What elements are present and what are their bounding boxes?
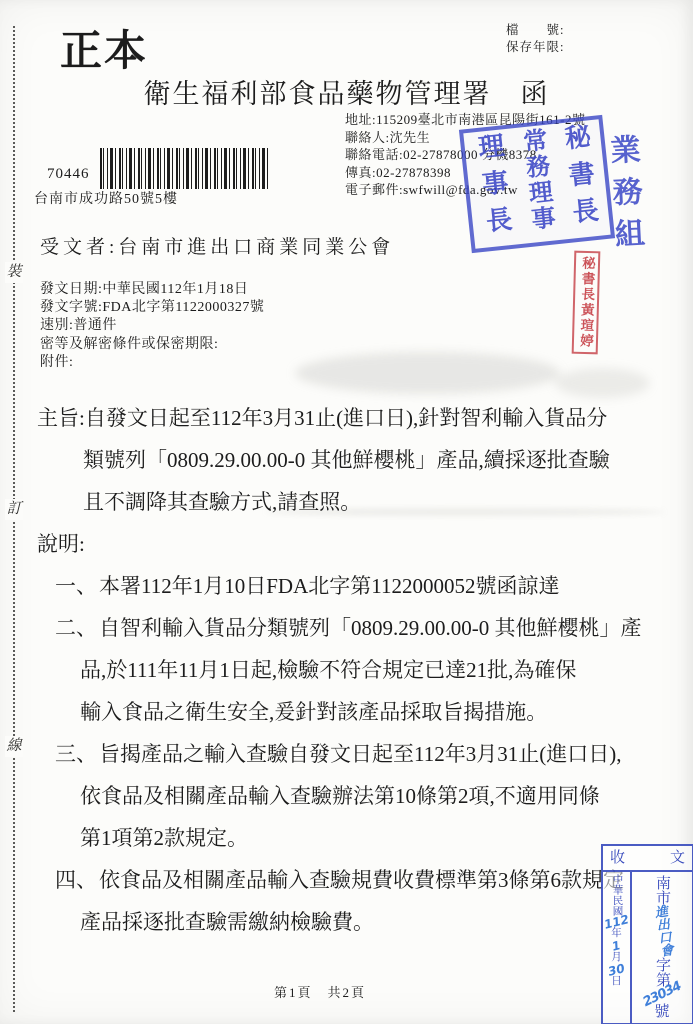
retention-period-label: 保存年限: [506, 39, 564, 56]
receipt-org-handwritten: 進出口會 [652, 904, 673, 957]
explanation-item-1: 一、本署112年1月10日FDA北字第1122000052號函諒達 [37, 565, 657, 607]
scan-smudge [295, 352, 560, 394]
receipt-date-column: 中華民國 112 年 1 月 30 日 [603, 872, 632, 1023]
subject-label: 主旨: [37, 406, 85, 430]
subject-line: 且不調降其查驗方式,請查照。 [37, 481, 657, 523]
scan-smudge [555, 368, 650, 398]
binding-mark-zhuang: 裝 [5, 262, 23, 283]
subject-line: 類號列「0809.29.00.00-0 其他鮮櫻桃」產品,續採逐批查驗 [37, 439, 657, 481]
secretary-name-stamp: 秘書長黃瑄婷 [572, 251, 601, 355]
mailing-code: 70446 [47, 166, 90, 183]
file-number-block: 檔 號: 保存年限: [506, 22, 564, 56]
explanation-item-2-cont: 輸入食品之衛生安全,爰針對該產品採取旨揭措施。 [37, 691, 657, 733]
item-text: 自智利輸入貨品分類號列「0809.29.00.00-0 其他鮮櫻桃」產 [99, 616, 642, 640]
receipt-stamp: 收 文 中華民國 112 年 1 月 30 日 南市 進出口會 字第 23034… [601, 844, 693, 1024]
receipt-wen: 文 [670, 848, 685, 868]
recipient-line: 受文者:台南市進出口商業同業公會 [40, 232, 394, 259]
receipt-day-handwritten: 30 [607, 962, 626, 978]
receipt-era: 中華民國 [610, 874, 622, 916]
barcode [100, 148, 268, 189]
mailing-address: 台南市成功路50號5樓 [34, 188, 178, 208]
receipt-shou: 收 [610, 848, 625, 868]
stamp-title-secretary-general: 秘書長 [556, 122, 605, 237]
binding-mark-xian: 線 [5, 736, 23, 757]
letter-body: 主旨:自發文日起至112年3月31止(進口日),針對智利輸入貨品分 類號列「08… [37, 397, 657, 943]
subject-text: 自發文日起至112年3月31止(進口日),針對智利輸入貨品分 [85, 406, 607, 430]
subject-line: 主旨:自發文日起至112年3月31止(進口日),針對智利輸入貨品分 [37, 397, 657, 439]
document-title: 衛生福利部食品藥物管理署 函 [0, 72, 693, 111]
item-text: 依食品及相關產品輸入查驗規費收費標準第3條第6款規定 [99, 868, 624, 892]
speed-class: 速別:普通件 [40, 317, 264, 335]
explanation-item-3-cont: 依食品及相關產品輸入查驗辦法第10條第2項,不適用同條 [37, 775, 657, 817]
approval-chop-stamp: 理事長 常務理事 秘書長 [459, 115, 615, 253]
receipt-month-handwritten: 1 [611, 939, 622, 953]
item-text: 本署112年1月10日FDA北字第1122000052號函諒達 [99, 574, 559, 598]
item-text: 旨揭產品之輸入查驗自發文日起至112年3月31止(進口日), [99, 742, 621, 766]
item-number: 一、 [55, 574, 99, 598]
doc-number: 發文字號:FDA北字第1122000327號 [40, 299, 264, 317]
stamp-title-managing-director: 常務理事 [514, 126, 561, 241]
receipt-number-column: 南市 進出口會 字第 23034 號 [632, 872, 692, 1023]
receipt-year-handwritten: 112 [603, 913, 630, 931]
explanation-item-4-cont: 產品採逐批查驗需繳納檢驗費。 [37, 901, 657, 943]
item-number: 四、 [55, 868, 99, 892]
binding-mark-ding: 訂 [5, 499, 23, 520]
attachment-label: 附件: [40, 354, 264, 372]
receipt-stamp-header: 收 文 [603, 846, 692, 872]
explanation-item-4: 四、依食品及相關產品輸入查驗規費收費標準第3條第6款規定 [37, 859, 657, 901]
file-number-label: 檔 號: [506, 22, 564, 39]
stamp-title-chairman: 理事長 [469, 131, 518, 246]
department-stamp: 業務組 [599, 133, 650, 261]
letter-meta-block: 發文日期:中華民國112年1月18日 發文字號:FDA北字第1122000327… [40, 281, 264, 372]
explanation-item-3: 三、旨揭產品之輸入查驗自發文日起至112年3月31止(進口日), [37, 733, 657, 775]
security-class: 密等及解密條件或保密期限: [40, 336, 264, 354]
scanned-letter-page: 裝 訂 線 正本 檔 號: 保存年限: 衛生福利部食品藥物管理署 函 地址:11… [0, 0, 693, 1024]
explanation-label: 說明: [37, 523, 657, 565]
item-number: 二、 [55, 616, 99, 640]
issue-date: 發文日期:中華民國112年1月18日 [40, 281, 264, 299]
explanation-item-2-cont: 品,於111年11月1日起,檢驗不符合規定已達21批,為確保 [37, 649, 657, 691]
page-footer: 第1頁 共2頁 [230, 982, 410, 1001]
copy-type-label: 正本 [60, 18, 148, 78]
receipt-org-printed: 南市 [653, 875, 671, 905]
explanation-item-2: 二、自智利輸入貨品分類號列「0809.29.00.00-0 其他鮮櫻桃」產 [37, 607, 657, 649]
item-number: 三、 [55, 742, 99, 766]
explanation-item-3-cont: 第1項第2款規定。 [37, 817, 657, 859]
